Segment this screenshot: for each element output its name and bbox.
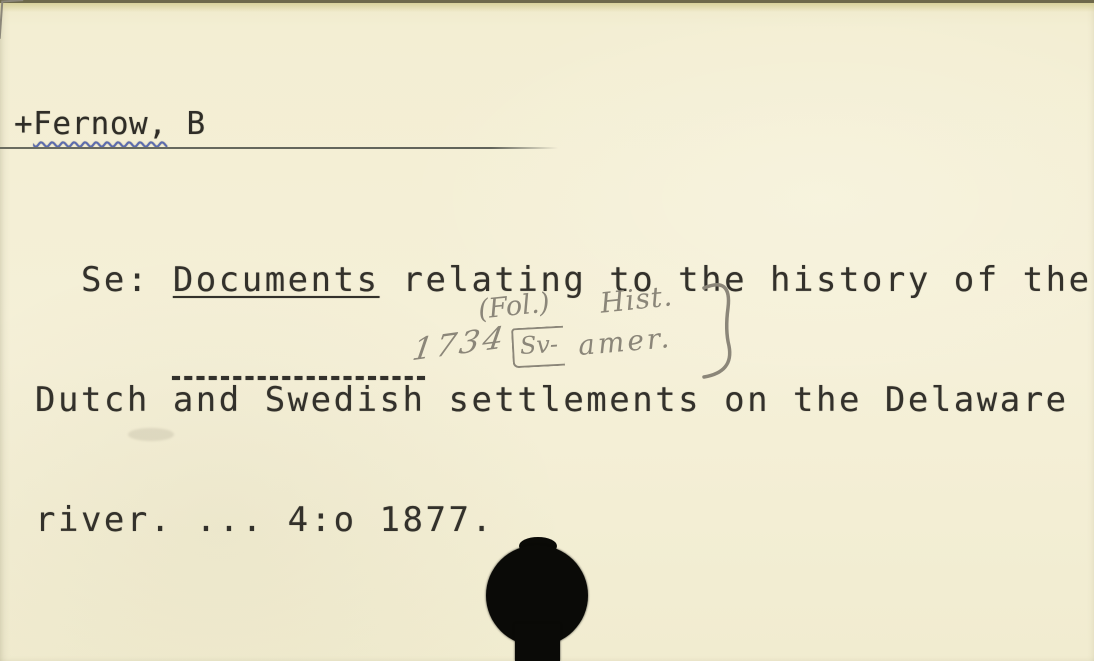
author-initial: B — [167, 106, 205, 142]
line1-prefix: Se: — [35, 260, 173, 300]
card-top-edge-shadow — [0, 3, 1094, 12]
header-rule-line — [0, 147, 558, 149]
text-line-1: Se: Documents relating to the history of… — [35, 260, 1092, 300]
annotation-corner-bracket — [0, 0, 23, 39]
annotation-closing-bracket — [698, 276, 746, 382]
author-name: Fernow, — [33, 106, 167, 142]
line2-rest: settlements on the Delaware — [426, 380, 1069, 420]
punch-stem — [515, 624, 560, 661]
annotation-sv-bracket: Sv- — [511, 326, 565, 369]
line2-overdashed-words: and Swedish — [173, 380, 426, 420]
line1-underlined-word: Documents — [173, 260, 380, 300]
author-heading: +Fernow, B — [14, 106, 206, 142]
text-line-3: river. ... 4:o 1877. — [35, 500, 1092, 540]
line3-text: river. ... 4:o 1877. — [35, 500, 494, 540]
line2-prefix: Dutch — [35, 380, 173, 420]
scanned-catalog-card: +Fernow, B Se: Documents relating to the… — [0, 0, 1094, 661]
plus-mark: + — [14, 106, 33, 142]
smudge-mark — [128, 428, 174, 441]
annotation-sv: Sv- — [519, 330, 559, 360]
text-line-2: Dutch and Swedish settlements on the Del… — [35, 380, 1092, 420]
